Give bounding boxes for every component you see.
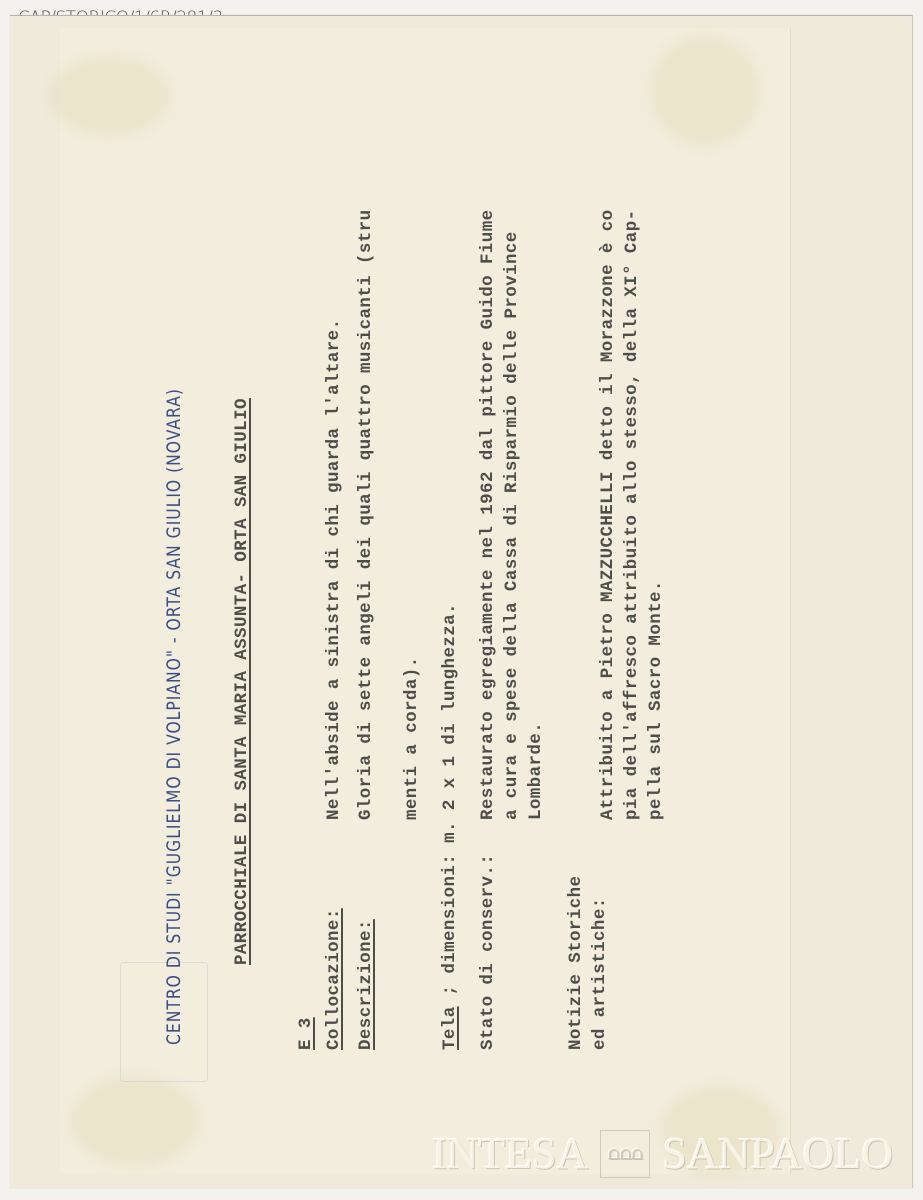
- field-descrizione: Descrizione:: [356, 919, 376, 1050]
- tela-dimensions: ; dimensioni: m. 2 x 1 di lunghezza.: [440, 603, 460, 1006]
- collocazione-value: Nell'abside a sinistra di chi guarda l'a…: [324, 319, 344, 820]
- intesa-sanpaolo-watermark: INTESA ⩍⩍⩍ SANPAOLO: [432, 1128, 893, 1179]
- field-tela: Tela ; dimensioni: m. 2 x 1 di lunghezza…: [440, 603, 460, 1050]
- watermark-right: SANPAOLO: [662, 1128, 893, 1179]
- descrizione-line-1: Gloria di sette angeli dei quali quattro…: [356, 210, 376, 821]
- bridge-logo-icon: ⩍⩍⩍: [600, 1130, 650, 1178]
- letterhead: CENTRO DI STUDI "GUGLIELMO DI VOLPIANO" …: [163, 388, 185, 1045]
- collocazione-label: Collocazione:: [324, 908, 344, 1050]
- notizie-label-1: Notizie Storiche: [566, 876, 586, 1050]
- document-title: PARROCCHIALE DI SANTA MARIA ASSUNTA- ORT…: [232, 398, 252, 965]
- field-collocazione: Collocazione:: [324, 908, 344, 1050]
- stain: [70, 1076, 200, 1166]
- notizie-line-3: pella sul Sacro Monte.: [646, 580, 666, 820]
- notizie-line-2: pia dell'affresco attribuito allo stesso…: [622, 210, 642, 821]
- stain: [650, 36, 760, 146]
- stato-line-3: Lombarde.: [526, 722, 546, 820]
- item-code: E 3: [296, 1017, 316, 1050]
- stato-line-2: a cura e spese della Cassa di Risparmio …: [502, 231, 522, 820]
- notizie-label-2: ed artistiche:: [590, 897, 610, 1050]
- tela-label: Tela: [440, 1006, 460, 1050]
- stato-line-1: Restaurato egregiamente nel 1962 dal pit…: [478, 210, 498, 821]
- stato-label: Stato di conserv.:: [478, 854, 498, 1050]
- descrizione-line-2: menti a corda).: [402, 656, 422, 820]
- watermark-left: INTESA: [432, 1128, 588, 1179]
- notizie-line-1: Attribuito a Pietro MAZZUCCHELLI detto i…: [598, 210, 618, 821]
- descrizione-label: Descrizione:: [356, 919, 376, 1050]
- stain: [50, 56, 170, 136]
